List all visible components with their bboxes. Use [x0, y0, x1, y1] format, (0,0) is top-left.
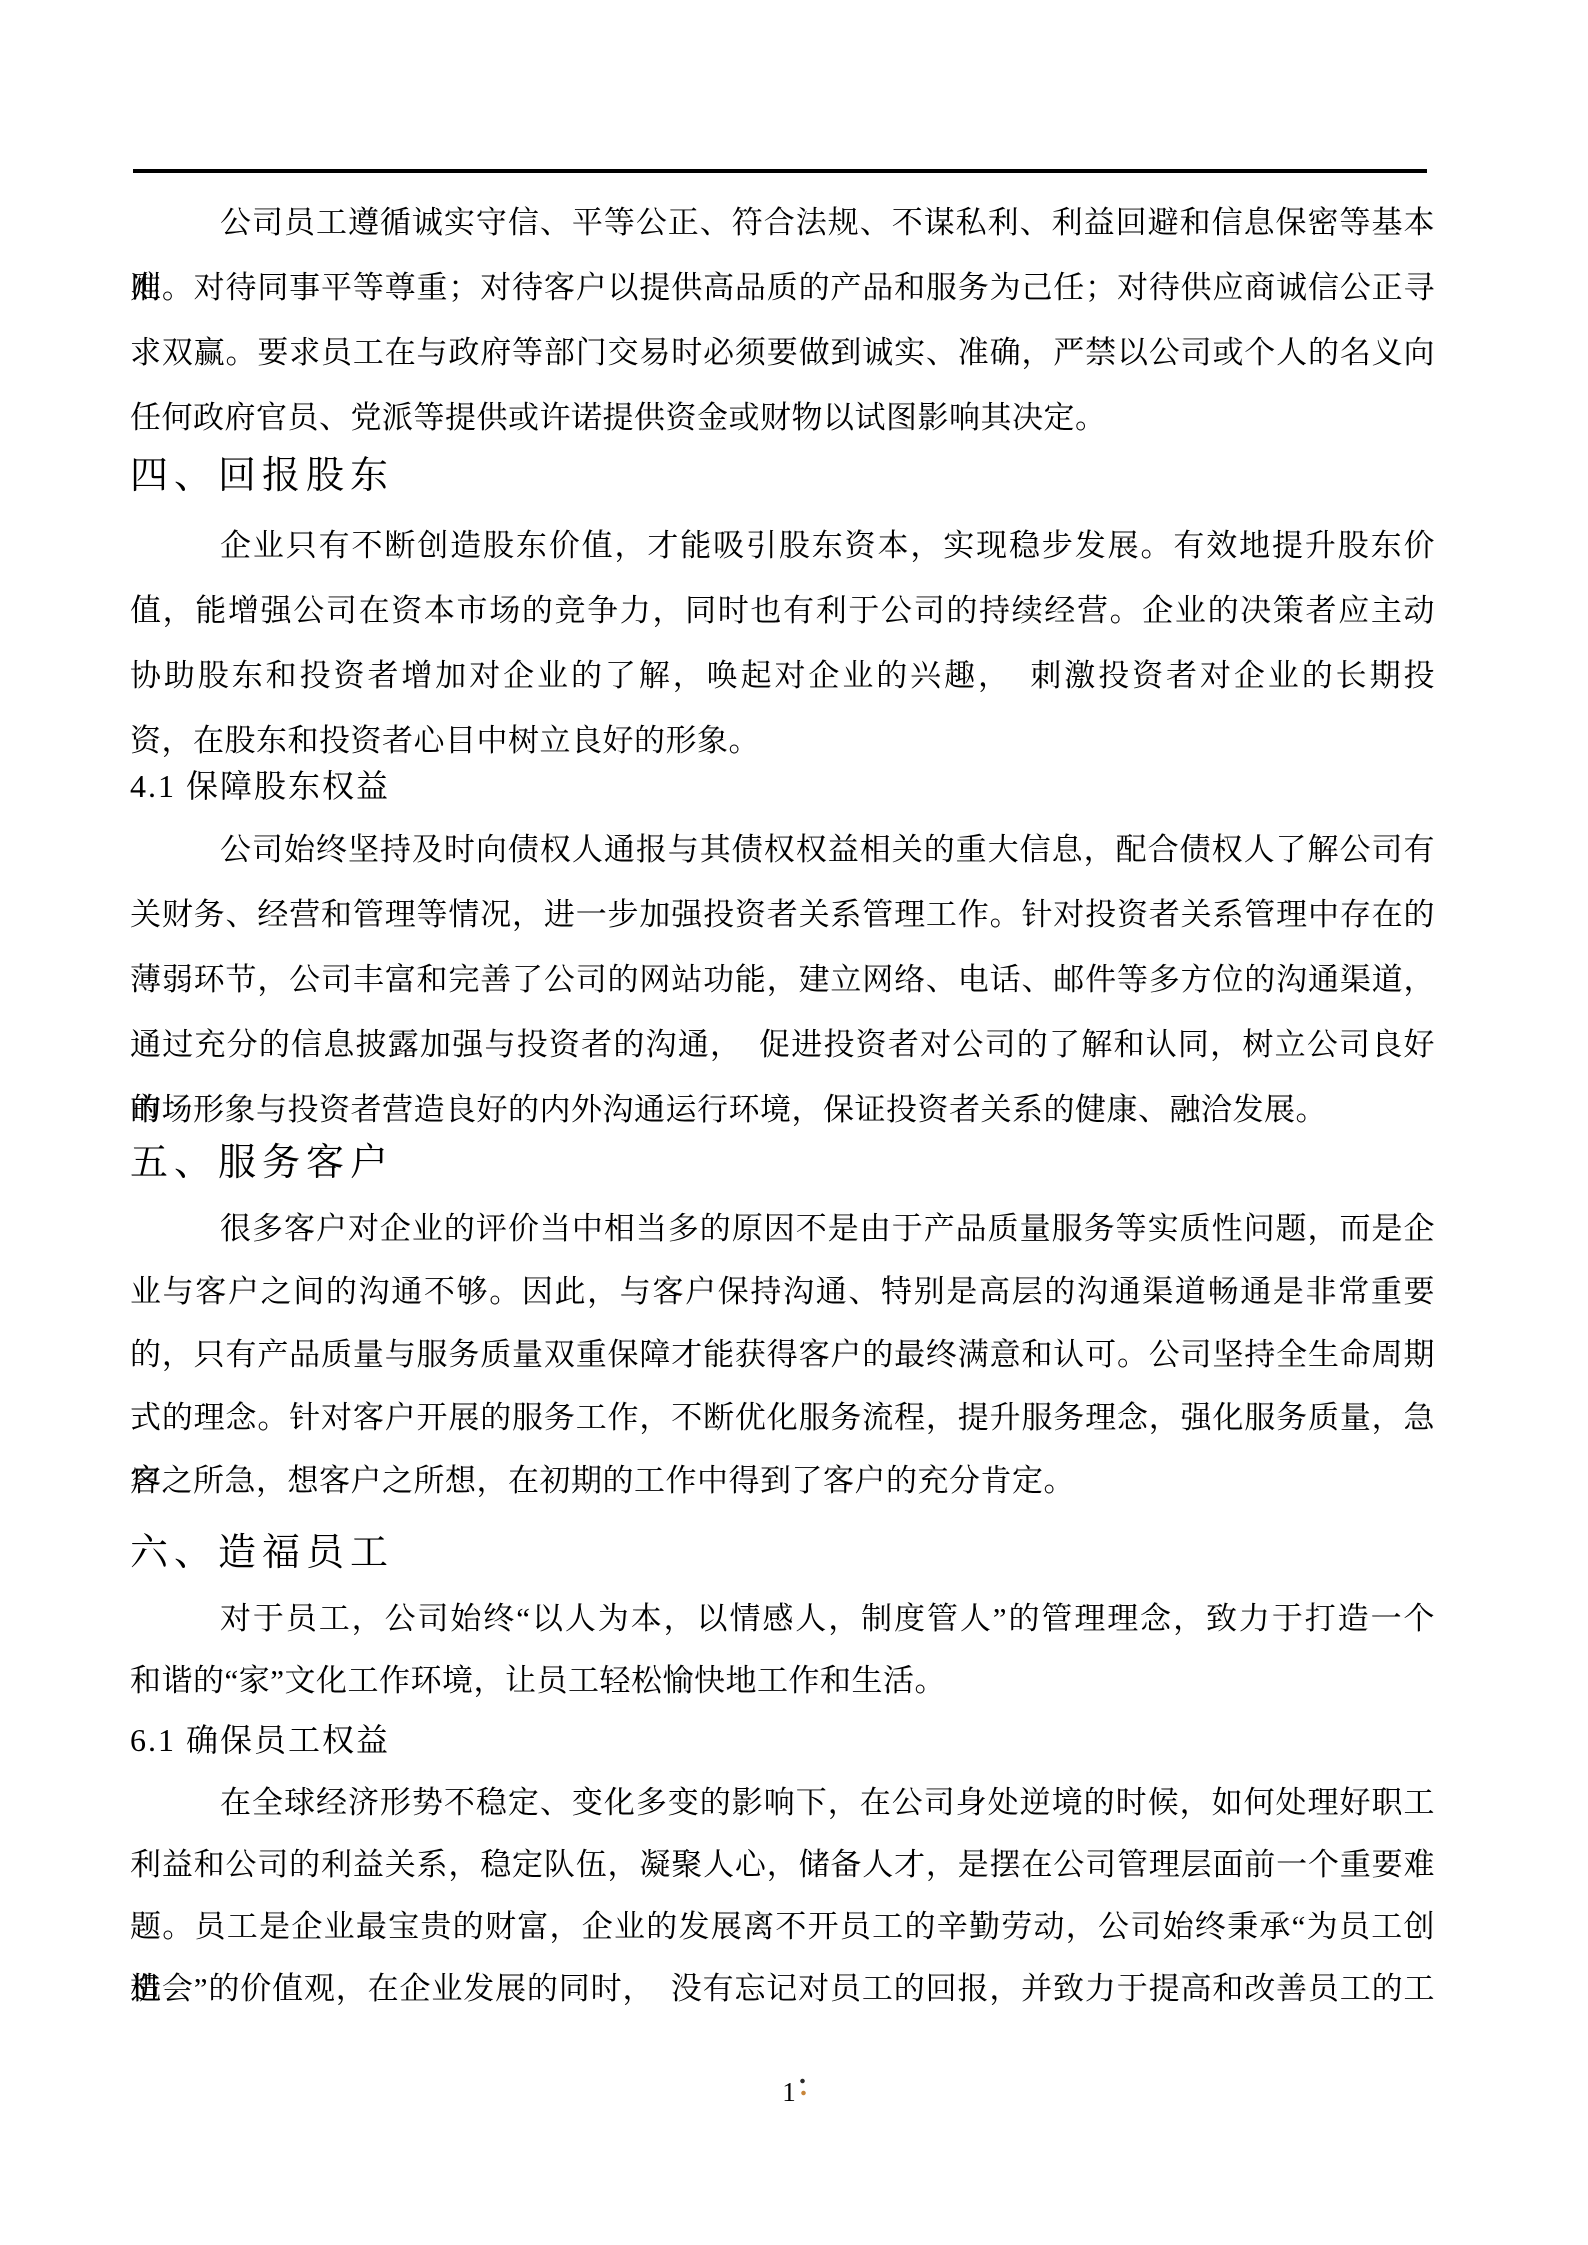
paragraph-employee-ethics: 公司员工遵循诚实守信、平等公正、符合法规、不谋私利、利益回避和信息保密等基本准 …	[130, 190, 1435, 450]
paragraph-investor-relations: 公司始终坚持及时向债权人通报与其债权权益相关的重大信息，配合债权人了解公司有 关…	[130, 817, 1435, 1142]
paragraph-line: 在全球经济形势不稳定、变化多变的影响下，在公司身处逆境的时候，如何处理好职工	[130, 1772, 1435, 1834]
section-heading-benefit-employees: 六、造福员工	[130, 1525, 1435, 1581]
paragraph-line: 和谐的“家”文化工作环境，让员工轻松愉快地工作和生活。	[130, 1650, 1435, 1712]
paragraph-line: 求双赢。要求员工在与政府等部门交易时必须要做到诚实、准确，严禁以公司或个人的名义…	[130, 320, 1435, 385]
document-page: 公司员工遵循诚实守信、平等公正、符合法规、不谋私利、利益回避和信息保密等基本准 …	[0, 0, 1588, 2245]
subheading-protect-shareholder-rights: 4.1 保障股东权益	[130, 762, 1435, 810]
page-number-artifact-mark	[799, 2076, 806, 2104]
paragraph-line: 企业只有不断创造股东价值，才能吸引股东资本，实现稳步发展。有效地提升股东价	[130, 513, 1435, 578]
paragraph-line: 题。员工是企业最宝贵的财富，企业的发展离不开员工的辛勤劳动，公司始终秉承“为员工…	[130, 1896, 1435, 1958]
paragraph-people-oriented: 对于员工，公司始终“以人为本，以情感人，制度管人”的管理理念，致力于打造一个 和…	[130, 1588, 1435, 1712]
paragraph-line: 通过充分的信息披露加强与投资者的沟通， 促进投资者对公司的了解和认同，树立公司良…	[130, 1012, 1435, 1077]
paragraph-line: 市场形象与投资者营造良好的内外沟通运行环境，保证投资者关系的健康、融洽发展。	[130, 1077, 1435, 1142]
paragraph-employee-interests: 在全球经济形势不稳定、变化多变的影响下，在公司身处逆境的时候，如何处理好职工 利…	[130, 1772, 1435, 2020]
paragraph-line: 业与客户之间的沟通不够。因此，与客户保持沟通、特别是高层的沟通渠道畅通是非常重要	[130, 1260, 1435, 1323]
paragraph-line: 对于员工，公司始终“以人为本，以情感人，制度管人”的管理理念，致力于打造一个	[130, 1588, 1435, 1650]
paragraph-line: 关财务、经营和管理等情况，进一步加强投资者关系管理工作。针对投资者关系管理中存在…	[130, 882, 1435, 947]
paragraph-line: 户之所急，想客户之所想，在初期的工作中得到了客户的充分肯定。	[130, 1449, 1435, 1512]
paragraph-line: 协助股东和投资者增加对企业的了解，唤起对企业的兴趣， 刺激投资者对企业的长期投	[130, 643, 1435, 708]
paragraph-line: 任何政府官员、党派等提供或许诺提供资金或财物以试图影响其决定。	[130, 385, 1435, 450]
section-heading-reward-shareholders: 四、回报股东	[130, 448, 1435, 504]
header-rule	[133, 169, 1427, 173]
paragraph-line: 的，只有产品质量与服务质量双重保障才能获得客户的最终满意和认可。公司坚持全生命周…	[130, 1323, 1435, 1386]
paragraph-line: 很多客户对企业的评价当中相当多的原因不是由于产品质量服务等实质性问题，而是企	[130, 1197, 1435, 1260]
paragraph-line: 公司员工遵循诚实守信、平等公正、符合法规、不谋私利、利益回避和信息保密等基本准	[130, 190, 1435, 255]
paragraph-line: 利益和公司的利益关系，稳定队伍，凝聚人心，储备人才，是摆在公司管理层面前一个重要…	[130, 1834, 1435, 1896]
paragraph-customer-service: 很多客户对企业的评价当中相当多的原因不是由于产品质量服务等实质性问题，而是企 业…	[130, 1197, 1435, 1512]
subheading-ensure-employee-rights: 6.1 确保员工权益	[130, 1716, 1435, 1764]
paragraph-line: 则。对待同事平等尊重；对待客户以提供高品质的产品和服务为己任；对待供应商诚信公正…	[130, 255, 1435, 320]
paragraph-line: 式的理念。针对客户开展的服务工作，不断优化服务流程，提升服务理念，强化服务质量，…	[130, 1386, 1435, 1449]
paragraph-line: 公司始终坚持及时向债权人通报与其债权权益相关的重大信息，配合债权人了解公司有	[130, 817, 1435, 882]
paragraph-line: 薄弱环节，公司丰富和完善了公司的网站功能，建立网络、电话、邮件等多方位的沟通渠道…	[130, 947, 1435, 1012]
paragraph-line: 机会”的价值观，在企业发展的同时， 没有忘记对员工的回报，并致力于提高和改善员工…	[130, 1958, 1435, 2020]
section-heading-serve-customers: 五、服务客户	[130, 1135, 1435, 1191]
page-number: 1	[782, 2077, 796, 2107]
page-footer: 1	[0, 2072, 1588, 2112]
paragraph-line: 值，能增强公司在资本市场的竞争力，同时也有利于公司的持续经营。企业的决策者应主动	[130, 578, 1435, 643]
paragraph-shareholder-value: 企业只有不断创造股东价值，才能吸引股东资本，实现稳步发展。有效地提升股东价 值，…	[130, 513, 1435, 773]
